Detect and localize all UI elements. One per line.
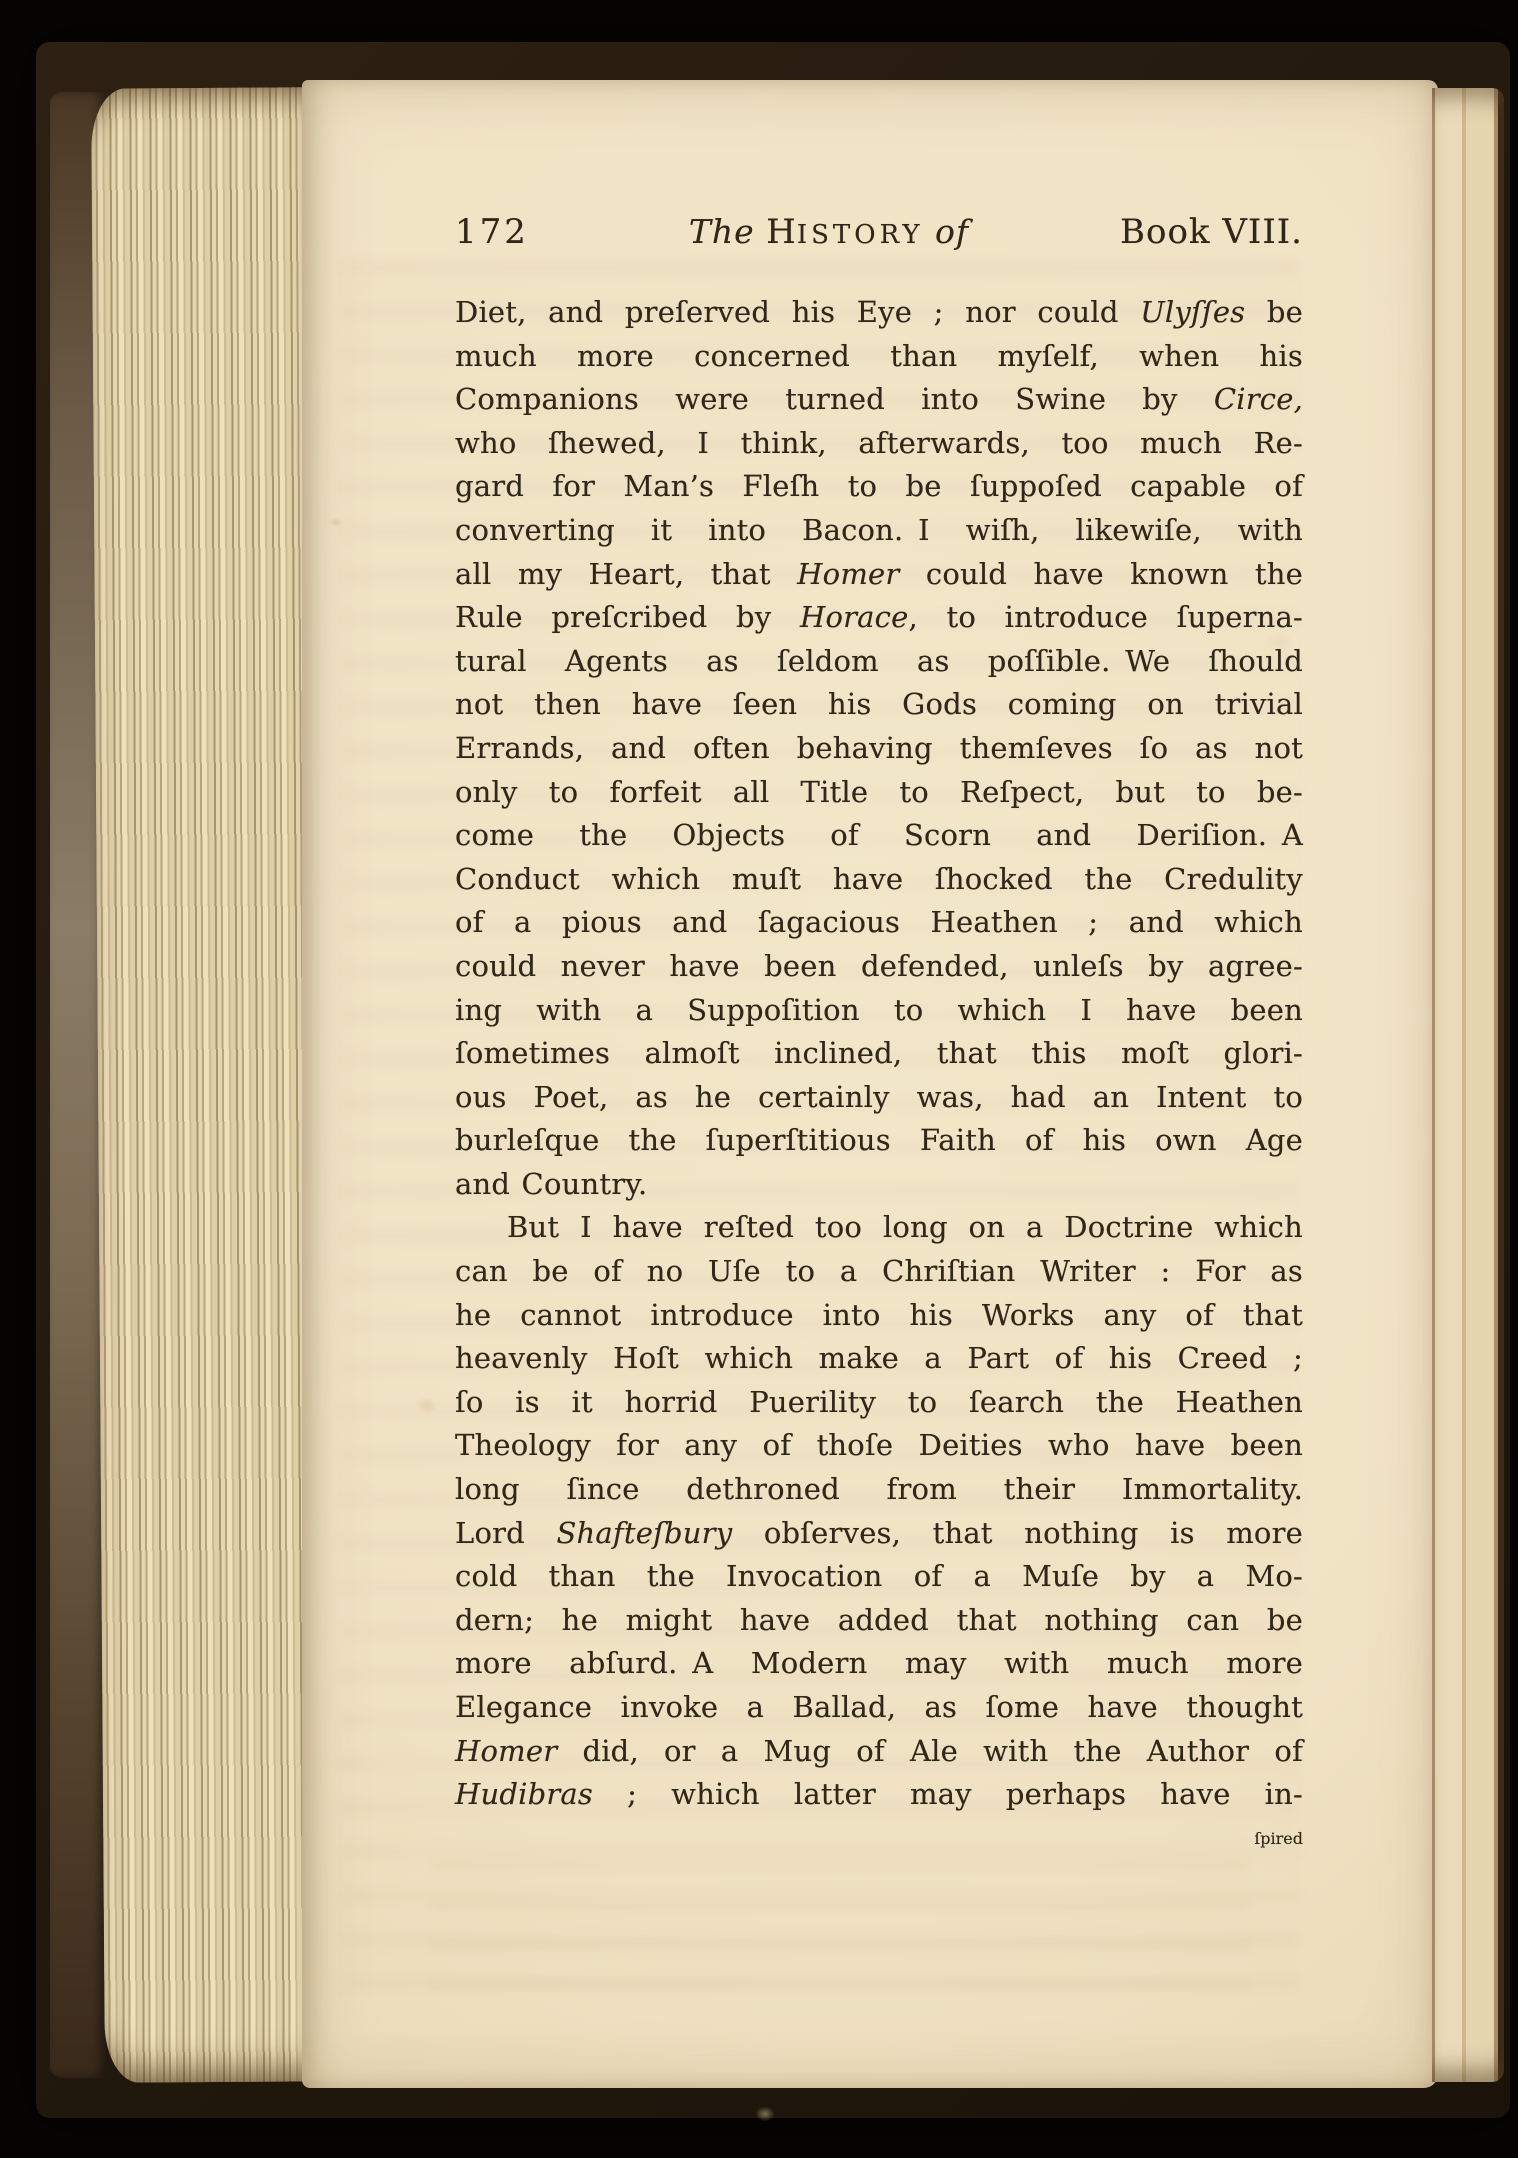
text-line: Lord Shafteſbury obſerves, that nothing …	[455, 1512, 1303, 1556]
catchword: ſpired	[455, 1817, 1303, 1861]
text-line: all my Heart, that Homer could have know…	[455, 553, 1303, 597]
text-line: could never have been defended, unleſs b…	[455, 945, 1303, 989]
text-line: and Country.	[455, 1163, 1303, 1207]
text-line: Diet, and preſerved his Eye ; nor could …	[455, 291, 1303, 335]
text-line: Companions were turned into Swine by Cir…	[455, 378, 1303, 422]
running-header: 172 The HISTORY of Book VIII.	[455, 212, 1303, 260]
running-title-history-initial: H	[766, 212, 797, 252]
text-line: converting it into Bacon. I wiſh, likewi…	[455, 509, 1303, 553]
page-text: 172 The HISTORY of Book VIII. Diet, and …	[455, 212, 1303, 1860]
page-edge-stack	[91, 87, 327, 2083]
page-number: 172	[455, 212, 585, 252]
text-line: dern; he might have added that nothing c…	[455, 1599, 1303, 1643]
text-line: Elegance invoke a Ballad, as ſome have t…	[455, 1686, 1303, 1730]
page-edge-right	[1432, 88, 1504, 2082]
text-line: more abſurd. A Modern may with much more	[455, 1642, 1303, 1686]
running-title: The HISTORY of	[585, 212, 1073, 252]
text-line: come the Objects of Scorn and Deriſion. …	[455, 814, 1303, 858]
text-line: ſo is it horrid Puerility to ſearch the …	[455, 1381, 1303, 1425]
running-title-history: ISTORY	[797, 220, 924, 250]
body-text: Diet, and preſerved his Eye ; nor could …	[455, 291, 1303, 1817]
text-line: Hudibras ; which latter may perhaps have…	[455, 1773, 1303, 1817]
text-line: he cannot introduce into his Works any o…	[455, 1294, 1303, 1338]
text-line: cold than the Invocation of a Muſe by a …	[455, 1555, 1303, 1599]
text-line: much more concerned than myſelf, when hi…	[455, 335, 1303, 379]
text-line: long ſince dethroned from their Immortal…	[455, 1468, 1303, 1512]
text-line: But I have reſted too long on a Doctrine…	[455, 1206, 1303, 1250]
text-line: only to forfeit all Title to Reſpect, bu…	[455, 771, 1303, 815]
text-line: burleſque the ſuperſtitious Faith of his…	[455, 1119, 1303, 1163]
text-line: Rule preſcribed by Horace, to introduce …	[455, 596, 1303, 640]
text-line: heavenly Hoſt which make a Part of his C…	[455, 1337, 1303, 1381]
paper-speck	[752, 2104, 778, 2124]
text-line: ing with a Suppoſition to which I have b…	[455, 989, 1303, 1033]
text-line: ſometimes almoſt inclined, that this moſ…	[455, 1032, 1303, 1076]
text-line: Theology for any of thoſe Deities who ha…	[455, 1424, 1303, 1468]
book-photo: 172 The HISTORY of Book VIII. Diet, and …	[0, 0, 1518, 2158]
text-line: can be of no Uſe to a Chriſtian Writer :…	[455, 1250, 1303, 1294]
text-line: ous Poet, as he certainly was, had an In…	[455, 1076, 1303, 1120]
text-line: of a pious and ſagacious Heathen ; and w…	[455, 901, 1303, 945]
text-line: Errands, and often behaving themſeves ſo…	[455, 727, 1303, 771]
text-line: tural Agents as ſeldom as poſſible. We ſ…	[455, 640, 1303, 684]
running-title-of: of	[935, 212, 969, 251]
text-line: gard for Man’s Fleſh to be ſuppoſed capa…	[455, 465, 1303, 509]
text-line: who ſhewed, I think, afterwards, too muc…	[455, 422, 1303, 466]
text-line: Conduct which muſt have ſhocked the Cred…	[455, 858, 1303, 902]
text-line: Homer did, or a Mug of Ale with the Auth…	[455, 1730, 1303, 1774]
text-line: not then have ſeen his Gods coming on tr…	[455, 683, 1303, 727]
running-title-the: The	[689, 212, 755, 251]
book-label: Book VIII.	[1073, 212, 1303, 252]
show-through	[430, 1860, 1250, 1990]
